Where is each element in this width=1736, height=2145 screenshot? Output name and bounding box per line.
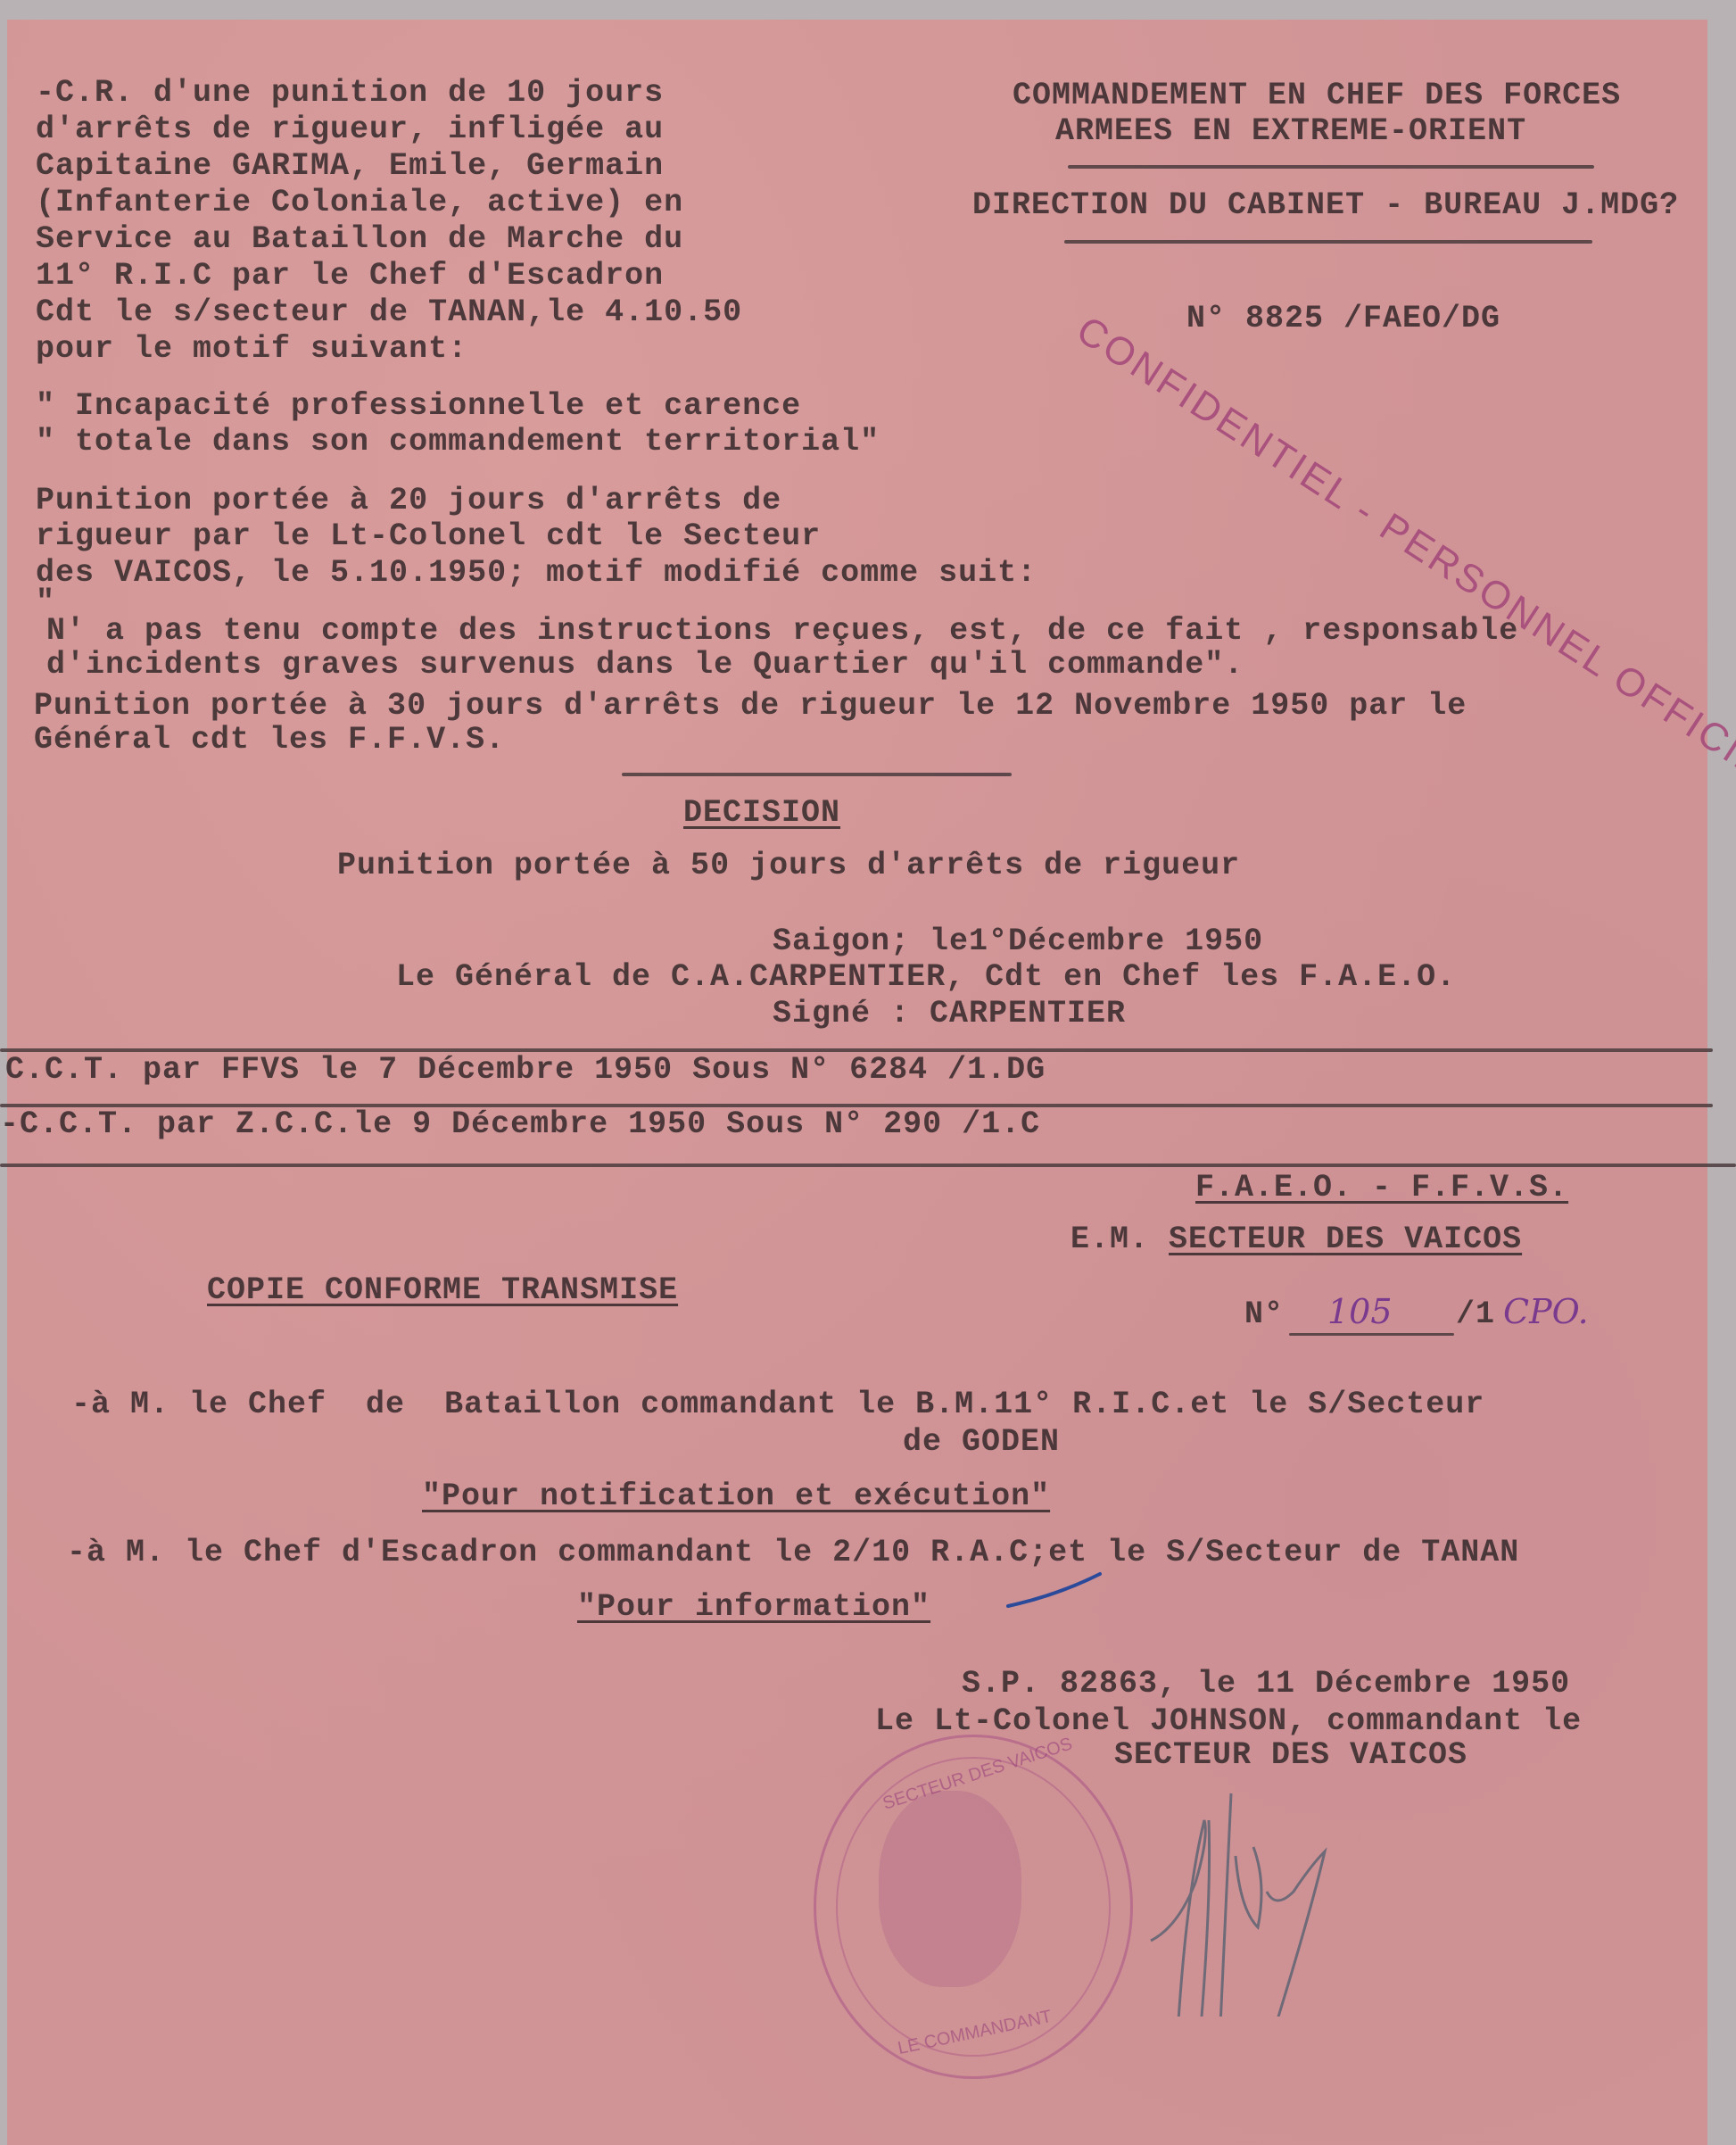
escalation-line: Punition portée à 20 jours d'arrêts de <box>36 483 781 519</box>
decision-signed: Signé : CARPENTIER <box>773 996 1126 1032</box>
pen-mark-icon <box>1004 1569 1111 1613</box>
reference-number: N° 8825 /FAEO/DG <box>1186 301 1500 337</box>
escalation-line: Punition portée à 30 jours d'arrêts de r… <box>34 688 1467 725</box>
handwritten-signature-icon <box>1142 1785 1356 2017</box>
signature-place-date: S.P. 82863, le 11 Décembre 1950 <box>962 1666 1570 1702</box>
report-line: Service au Bataillon de Marche du <box>36 221 683 258</box>
report-line: d'arrêts de rigueur, infligée au <box>36 112 664 148</box>
sector-number-label: N° <box>1244 1296 1284 1333</box>
recipient-line: -à M. le Chef d'Escadron commandant le 2… <box>67 1535 1519 1571</box>
command-line: ARMEES EN EXTREME-ORIENT <box>1055 113 1526 150</box>
official-seal-icon: SECTEUR DES VAICOS LE COMMANDANT <box>814 1735 1133 2079</box>
report-line: Cdt le s/secteur de TANAN,le 4.10.50 <box>36 294 742 331</box>
sector-header-line2: E.M. SECTEUR DES VAICOS <box>1071 1222 1522 1258</box>
sector-prefix: E.M. <box>1071 1222 1169 1257</box>
report-line: -C.R. d'une punition de 10 jours <box>36 75 664 112</box>
command-line: COMMANDEMENT EN CHEF DES FORCES <box>1013 78 1621 114</box>
table-rule <box>0 1164 1736 1167</box>
report-line: 11° R.I.C par le Chef d'Escadron <box>36 258 664 294</box>
escalation-line: des VAICOS, le 5.10.1950; motif modifié … <box>36 555 1037 592</box>
recipient-line: -à M. le Chef de Bataillon commandant le… <box>71 1387 1484 1423</box>
escalation-line: Général cdt les F.F.V.S. <box>34 722 505 758</box>
motif-line: d'incidents graves survenus dans le Quar… <box>46 647 1244 683</box>
sector-number-suffix: /1 <box>1456 1296 1495 1333</box>
escalation-line: rigueur par le Lt-Colonel cdt le Secteur <box>36 518 821 555</box>
report-line: pour le motif suivant: <box>36 331 467 368</box>
number-underline <box>1289 1333 1454 1336</box>
motif-line: " Incapacité professionnelle et carence <box>36 388 801 425</box>
report-line: (Infanterie Coloniale, active) en <box>36 185 683 221</box>
decision-text: Punition portée à 50 jours d'arrêts de r… <box>337 848 1240 884</box>
sector-header-line1: F.A.E.O. - F.F.V.S. <box>1195 1170 1568 1206</box>
direction-line: DIRECTION DU CABINET - BUREAU J.MDG? <box>972 187 1679 224</box>
report-line: Capitaine GARIMA, Emile, Germain <box>36 148 664 185</box>
transmission-line: -C.C.T. par Z.C.C.le 9 Décembre 1950 Sou… <box>0 1106 1040 1143</box>
sector-name: SECTEUR DES VAICOS <box>1169 1222 1522 1257</box>
signature-unit: SECTEUR DES VAICOS <box>1114 1737 1467 1774</box>
motif-line: " totale dans son commandement territori… <box>36 424 880 460</box>
recipient-purpose: "Pour notification et exécution" <box>422 1478 1050 1515</box>
decision-place-date: Saigon; le1°Décembre 1950 <box>773 923 1263 960</box>
transmission-line: C.C.T. par FFVS le 7 Décembre 1950 Sous … <box>5 1052 1046 1089</box>
motif-line: N' a pas tenu compte des instructions re… <box>46 613 1518 650</box>
section-rule <box>622 773 1012 776</box>
copy-title: COPIE CONFORME TRANSMISE <box>207 1272 678 1309</box>
recipient-line: de GODEN <box>903 1424 1060 1461</box>
header-rule <box>1064 240 1592 244</box>
handwritten-number: 105 <box>1327 1292 1393 1331</box>
recipient-purpose: "Pour information" <box>577 1589 930 1626</box>
handwritten-suffix: CPO. <box>1503 1292 1589 1331</box>
header-rule <box>1068 165 1594 169</box>
decision-title: DECISION <box>683 795 840 832</box>
decision-signer: Le Général de C.A.CARPENTIER, Cdt en Che… <box>396 959 1456 996</box>
